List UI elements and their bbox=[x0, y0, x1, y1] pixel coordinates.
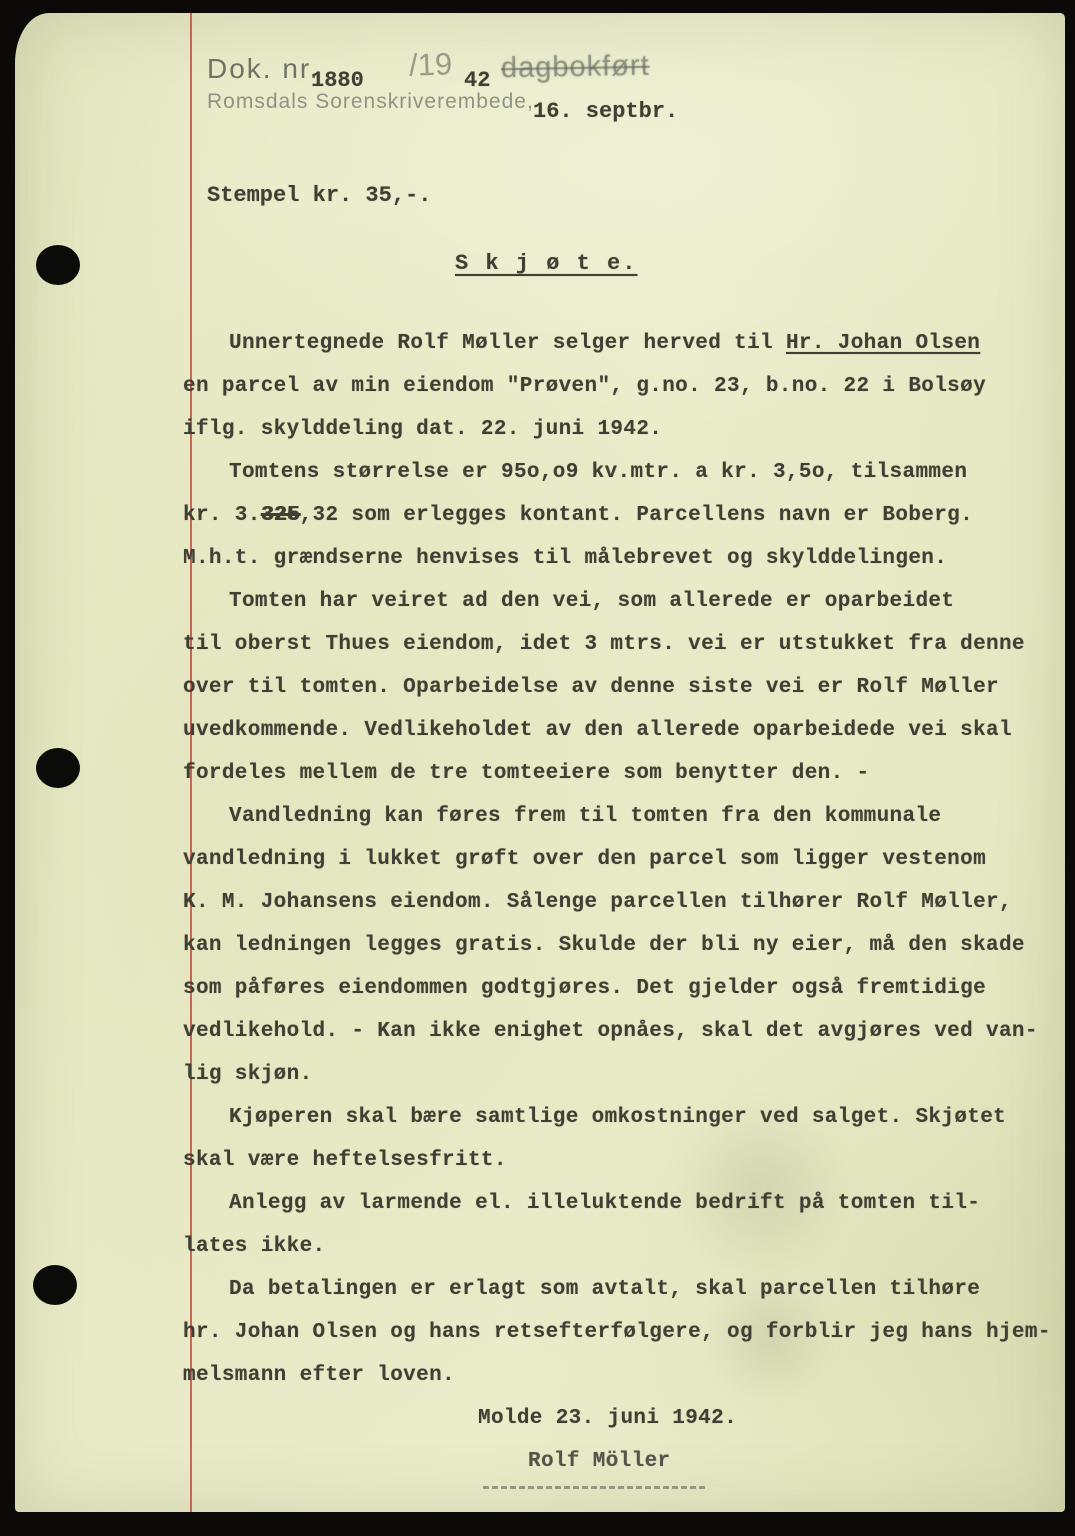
body-text: Unnertegnede Rolf Møller selger herved t… bbox=[183, 322, 1061, 1489]
text-line: Kjøperen skal bære samtlige omkostninger… bbox=[183, 1096, 1061, 1139]
punch-hole bbox=[36, 245, 80, 285]
scan-background: Dok. nr. 1880 /19 42 dagbokført Romsdals… bbox=[0, 0, 1075, 1536]
text-line: vandledning i lukket grøft over den parc… bbox=[183, 838, 1061, 881]
text-line: Da betalingen er erlagt som avtalt, skal… bbox=[183, 1268, 1061, 1311]
text-line: en parcel av min eiendom "Prøven", g.no.… bbox=[183, 365, 1061, 408]
text-line: over til tomten. Oparbeidelse av denne s… bbox=[183, 666, 1061, 709]
text-line: vedlikehold. - Kan ikke enighet opnåes, … bbox=[183, 1010, 1061, 1053]
underlined-name: Hr. Johan Olsen bbox=[786, 332, 980, 355]
text-line: hr. Johan Olsen og hans retsefterfølgere… bbox=[183, 1311, 1061, 1354]
text-line: fordeles mellem de tre tomteeiere som be… bbox=[183, 752, 1061, 795]
text-line: M.h.t. grændserne henvises til målebreve… bbox=[183, 537, 1061, 580]
stamp-duty-line: Stempel kr. 35,-. bbox=[207, 183, 431, 208]
text-line: Vandledning kan føres frem til tomten fr… bbox=[183, 795, 1061, 838]
text-line: uvedkommende. Vedlikeholdet av den aller… bbox=[183, 709, 1061, 752]
text-line: skal være heftelsesfritt. bbox=[183, 1139, 1061, 1182]
text-segment: kr. 3. bbox=[183, 504, 261, 527]
text-line: Tomtens størrelse er 95o,o9 kv.mtr. a kr… bbox=[183, 451, 1061, 494]
text-line: Tomten har veiret ad den vei, som allere… bbox=[183, 580, 1061, 623]
punch-hole bbox=[36, 748, 80, 788]
text-line: K. M. Johansens eiendom. Sålenge parcell… bbox=[183, 881, 1061, 924]
filing-date: 16. septbr. bbox=[533, 99, 678, 124]
document-title: S k j ø t e. bbox=[455, 251, 637, 276]
doc-number-stamp: Dok. nr. bbox=[207, 53, 319, 85]
text-line: lig skjøn. bbox=[183, 1053, 1061, 1096]
text-line: Anlegg av larmende el. illeluktende bedr… bbox=[183, 1182, 1061, 1225]
punch-hole bbox=[33, 1265, 77, 1305]
journal-number-stamp: /19 bbox=[408, 46, 452, 83]
text-line: iflg. skylddeling dat. 22. juni 1942. bbox=[183, 408, 1061, 451]
text-segment: Unnertegnede Rolf Møller selger herved t… bbox=[229, 332, 786, 355]
office-stamp: Romsdals Sorenskriverembede, bbox=[207, 90, 534, 114]
dateline: Molde 23. juni 1942. bbox=[183, 1397, 1061, 1440]
document-page: Dok. nr. 1880 /19 42 dagbokført Romsdals… bbox=[15, 13, 1065, 1512]
text-segment: ,32 som erlegges kontant. Parcellens nav… bbox=[300, 504, 974, 527]
dagbokfort-stamp: dagbokført bbox=[501, 50, 650, 86]
signature-line bbox=[483, 1486, 705, 1489]
text-line: lates ikke. bbox=[183, 1225, 1061, 1268]
text-line: Unnertegnede Rolf Møller selger herved t… bbox=[183, 322, 1061, 365]
text-line: som påføres eiendommen godtgjøres. Det g… bbox=[183, 967, 1061, 1010]
signature-name: Rolf Möller bbox=[183, 1440, 1061, 1483]
text-line: kan ledningen legges gratis. Skulde der … bbox=[183, 924, 1061, 967]
text-line: kr. 3.325,32 som erlegges kontant. Parce… bbox=[183, 494, 1061, 537]
text-line: til oberst Thues eiendom, idet 3 mtrs. v… bbox=[183, 623, 1061, 666]
text-line: melsmann efter loven. bbox=[183, 1354, 1061, 1397]
overstruck-amount: 325 bbox=[261, 504, 300, 527]
